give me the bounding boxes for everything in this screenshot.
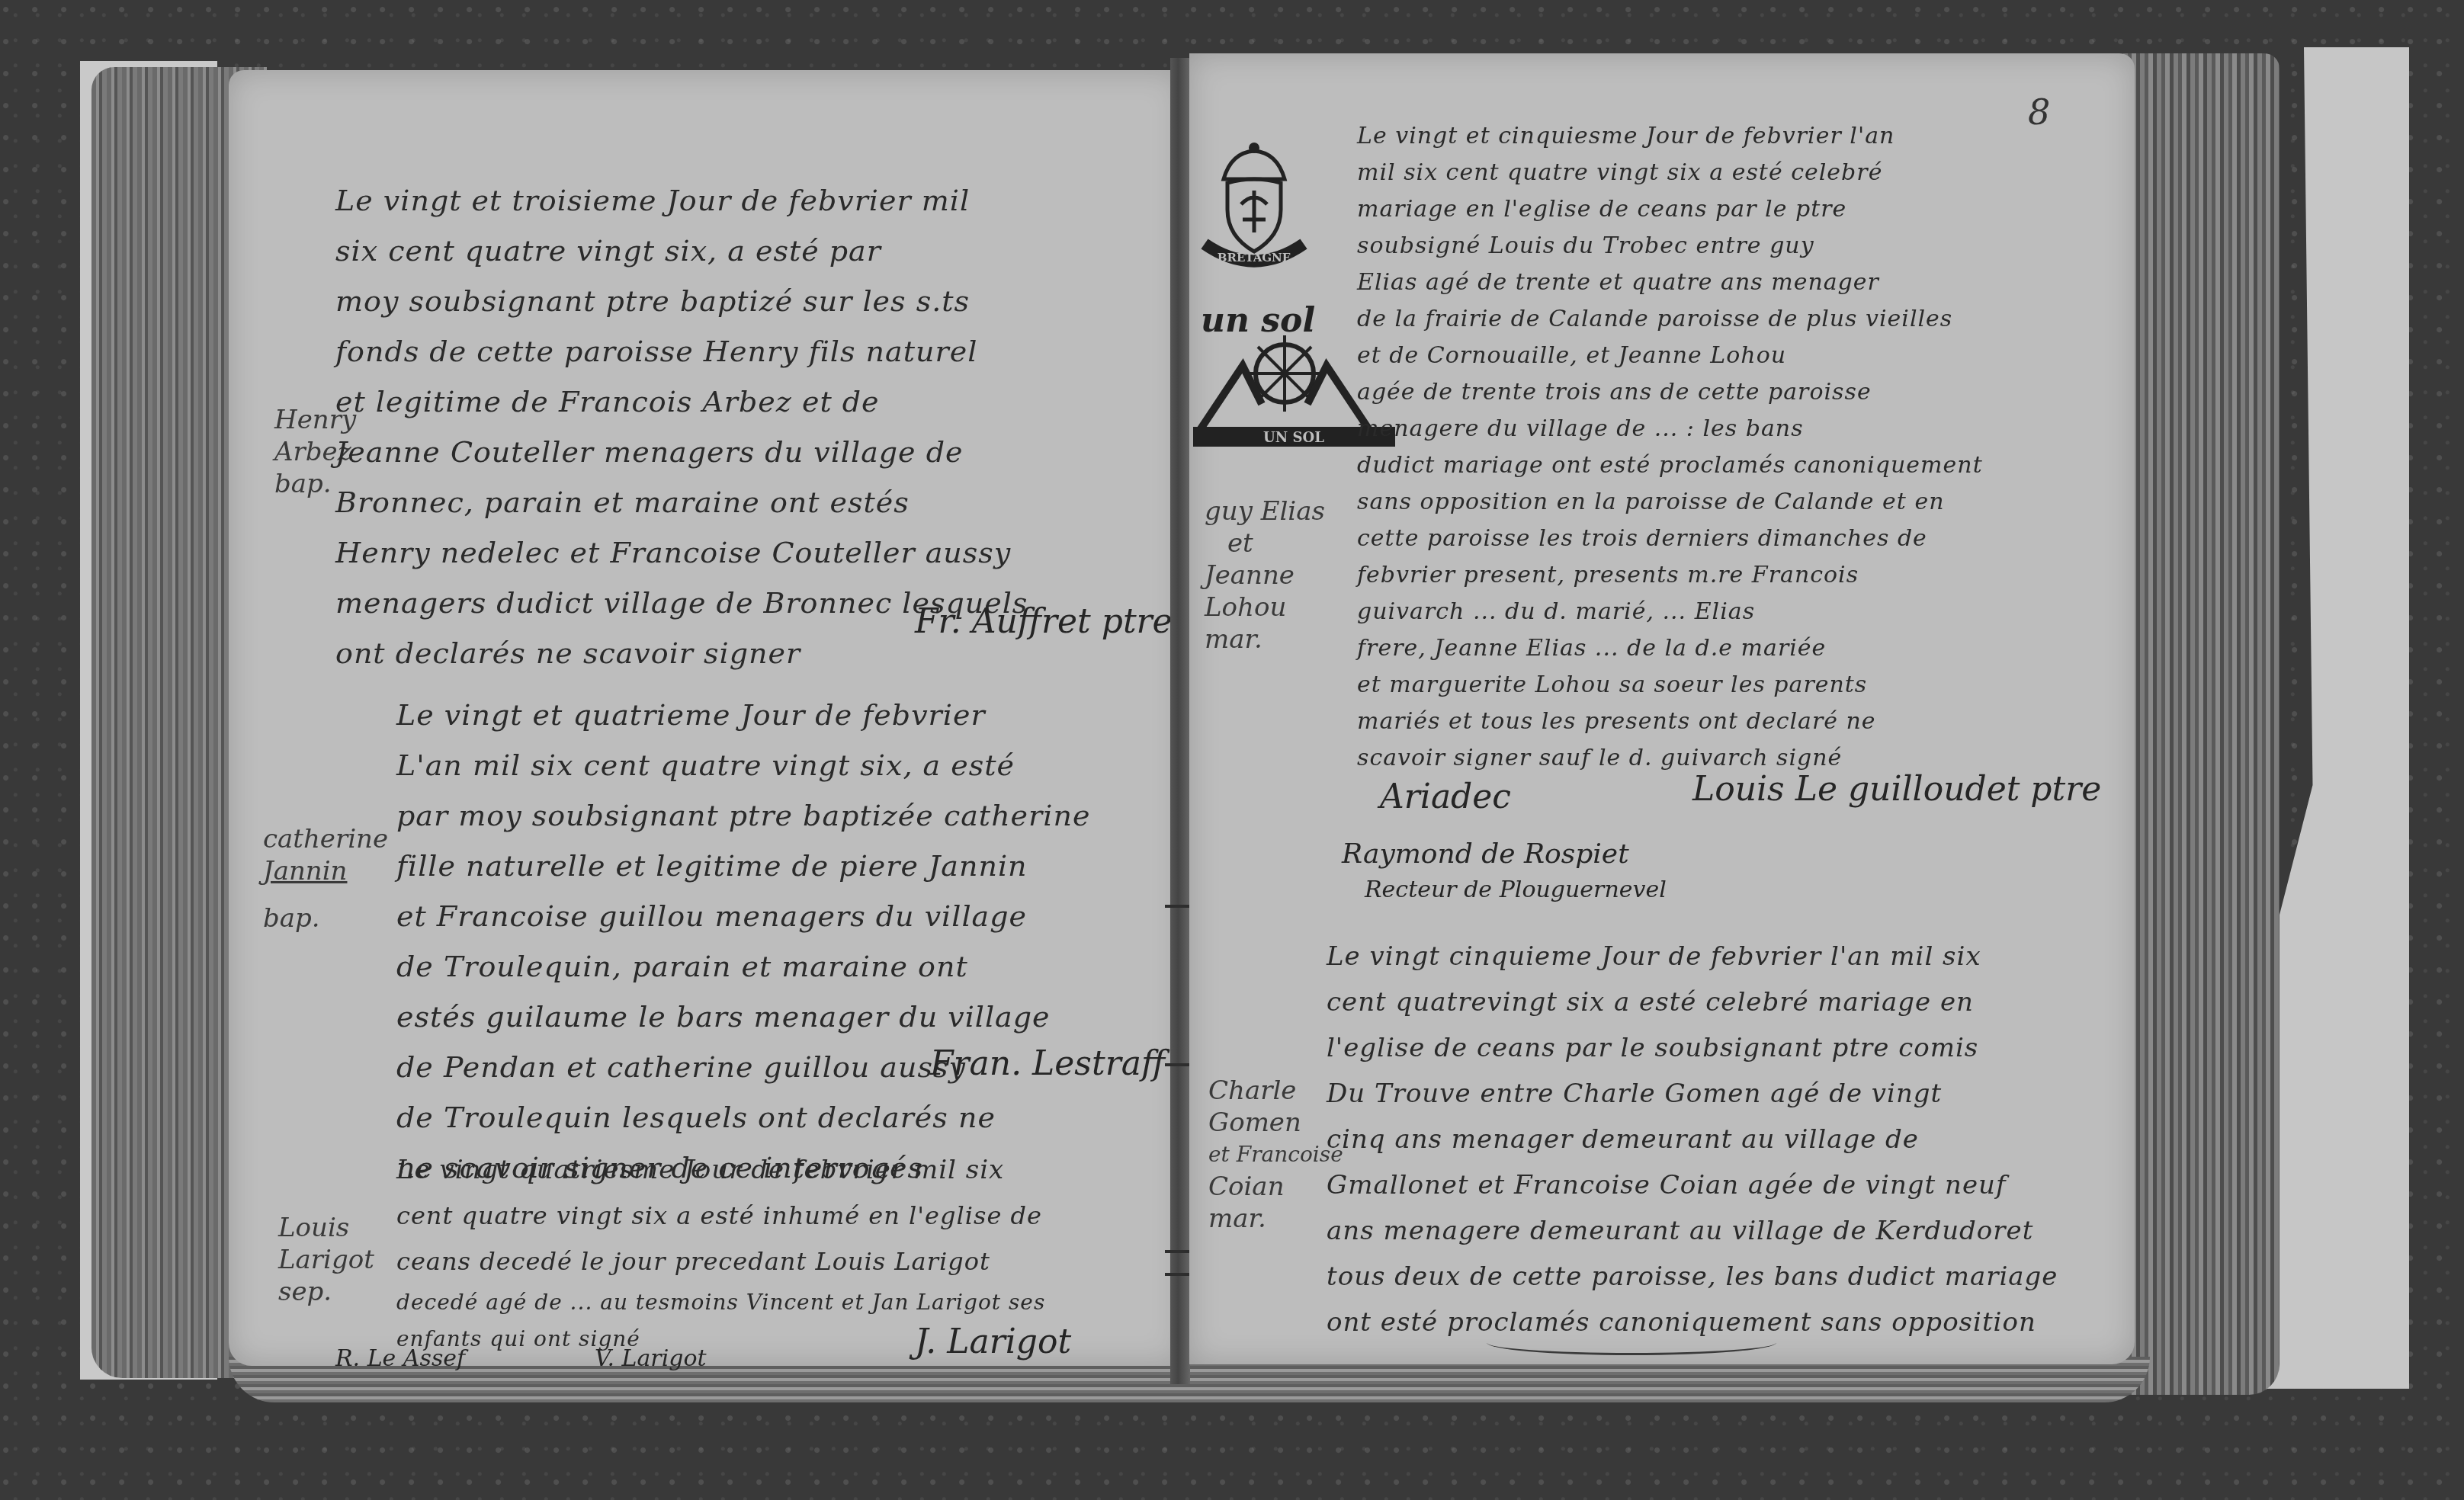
signature-assef: R. Le Assef (335, 1345, 465, 1372)
signature-v-larigot: V. Larigot (595, 1345, 707, 1372)
marriage-entry-gomen-coian: Le vingt cinquieme Jour de febvrier l'an… (1327, 934, 2058, 1345)
signature-recteur: Recteur de Plouguernevel (1365, 877, 1667, 903)
signature-ariadec: Ariadec (1380, 777, 1511, 816)
signature-rospiet: Raymond de Rospiet (1342, 838, 1629, 870)
signature-j-larigot: J. Larigot (915, 1322, 1071, 1361)
baptism-entry-catherine-jannin: Le vingt et quatrieme Jour de febvrier L… (396, 690, 1090, 1193)
margin-note-gomen-coian: Charle Gomen et Francoise Coian mar. (1208, 1075, 1343, 1235)
page-stack-right-edge (2119, 53, 2280, 1395)
margin-note-catherine-jannin: catherine Jannin bap. (263, 823, 388, 934)
marriage-entry-elias-lohou: Le vingt et cinquiesme Jour de febvrier … (1357, 118, 1983, 777)
page-number: 8 (2028, 91, 2050, 133)
closing-flourish (1487, 1330, 1776, 1355)
signature-auffret: Fr. Auffret ptre (915, 602, 1173, 641)
margin-note-elias-lohou: guy Elias et Jeanne Lohou mar. (1205, 495, 1325, 655)
signature-le-guilloudet: Louis Le guilloudet ptre (1692, 770, 2101, 809)
svg-text:UN SOL: UN SOL (1263, 430, 1324, 446)
margin-note-louis-larigot: Louis Larigot sep. (278, 1212, 374, 1308)
book-gutter (1170, 58, 1190, 1384)
svg-text:BRETAGNE: BRETAGNE (1218, 251, 1291, 264)
bretagne-crest-stamp-icon: BRETAGNE (1197, 137, 1311, 271)
